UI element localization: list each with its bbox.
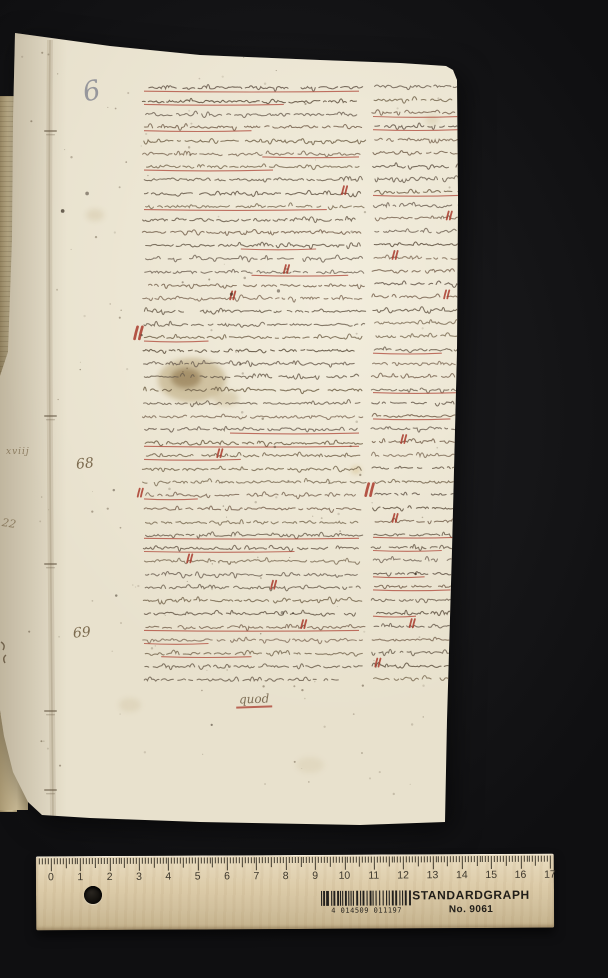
ruler-tick (271, 857, 272, 867)
ruler-tick (444, 856, 445, 862)
ruler-tick (318, 857, 319, 863)
ruler-tick (482, 856, 483, 862)
ruler-tick (157, 858, 158, 864)
ruler-number-4: 4 (157, 871, 179, 883)
ruler-tick (274, 857, 275, 863)
ruler-model-number: No. 9061 (406, 904, 536, 916)
ruler-tick (80, 858, 81, 871)
ruler-tick (115, 858, 116, 864)
ruler-tick (550, 856, 551, 869)
ruler-tick (133, 858, 134, 864)
ruler-tick (300, 857, 301, 867)
ruler-tick (509, 856, 510, 862)
ruler-number-6: 6 (216, 870, 238, 882)
ruler-tick (415, 856, 416, 862)
ruler-tick (512, 856, 513, 862)
ruler-tick (374, 857, 375, 870)
ruler-tick (292, 857, 293, 863)
ruler-tick (142, 858, 143, 864)
ruler-brand-name: STANDARDGRAPH (406, 888, 536, 903)
ruler-tick (283, 857, 284, 863)
ruler-tick (541, 856, 542, 862)
ruler-tick (388, 857, 389, 867)
ruler-tick (74, 858, 75, 864)
ruler-number-17: 17 (539, 869, 561, 881)
ruler-number-11: 11 (363, 870, 385, 882)
ruler-tick (476, 856, 477, 866)
ruler-tick (383, 857, 384, 863)
ruler-tick (397, 856, 398, 862)
ruler-tick (400, 856, 401, 862)
ruler-tick (312, 857, 313, 863)
ruler-tick (418, 856, 419, 866)
ruler-tick (500, 856, 501, 862)
ruler-tick (297, 857, 298, 863)
ruler-tick (359, 857, 360, 867)
ruler-tick (242, 857, 243, 867)
ruler-tick (71, 858, 72, 864)
ruler-tick (218, 857, 219, 863)
ruler-tick (233, 857, 234, 863)
ruler-tick (503, 856, 504, 862)
ruler-tick (529, 856, 530, 862)
ruler-tick (520, 856, 521, 869)
ruler-tick (51, 858, 52, 871)
ruler-tick (394, 856, 395, 862)
ruler-tick (459, 856, 460, 862)
ruler-tick (473, 856, 474, 862)
ruler-tick (441, 856, 442, 862)
ruler-tick (127, 858, 128, 864)
ruler-tick (118, 858, 119, 864)
ruler-tick (107, 858, 108, 864)
ruler-tick (159, 858, 160, 864)
ruler-tick (535, 856, 536, 866)
ruler-tick (362, 857, 363, 863)
ruler-tick (112, 858, 113, 864)
ruler-tick (306, 857, 307, 863)
margin-quire-signature: xviij (6, 448, 30, 457)
ruler-tick (438, 856, 439, 862)
ruler-tick (268, 857, 269, 863)
ruler-tick (456, 856, 457, 862)
ruler-tick (148, 858, 149, 864)
ruler-tick (385, 857, 386, 863)
ruler-tick (86, 858, 87, 864)
ruler-tick (327, 857, 328, 863)
ruler-tick (350, 857, 351, 863)
margin-number-69: 69 (73, 625, 92, 640)
ruler-tick (371, 857, 372, 863)
manuscript-ink-art (0, 0, 608, 978)
ruler-tick (245, 857, 246, 863)
ruler-tick (215, 857, 216, 863)
barcode-bars (319, 890, 414, 906)
ruler-tick (406, 856, 407, 862)
ruler-tick (479, 856, 480, 862)
ruler-tick (336, 857, 337, 863)
ruler-tick (39, 858, 40, 864)
ruler-tick (424, 856, 425, 862)
ruler-tick (262, 857, 263, 863)
margin-number-22: 22 (1, 517, 17, 530)
ruler-tick (121, 858, 122, 864)
ruler-tick (227, 857, 228, 870)
ruler-tick (303, 857, 304, 863)
ruler-tick (124, 858, 125, 868)
ruler-tick (42, 858, 43, 864)
ruler-tick (277, 857, 278, 863)
ruler-tick (462, 856, 463, 869)
ruler-tick (224, 857, 225, 863)
ruler-tick (247, 857, 248, 863)
ruler-tick (236, 857, 237, 863)
ruler-tick (341, 857, 342, 863)
ruler-tick (98, 858, 99, 864)
margin-number-68: 68 (75, 456, 94, 472)
ruler-tick (421, 856, 422, 862)
ruler-tick (198, 858, 199, 871)
ruler-tick (151, 858, 152, 864)
ruler-tick (212, 857, 213, 867)
ruler-tick (256, 857, 257, 870)
ruler-tick (338, 857, 339, 863)
ruler-tick (145, 858, 146, 864)
ruler-tick (253, 857, 254, 863)
ruler-tick (286, 857, 287, 870)
ruler-tick (177, 858, 178, 864)
ruler-tick (368, 857, 369, 863)
ruler-tick (403, 856, 404, 869)
ruler-tick (165, 858, 166, 864)
ruler-number-12: 12 (392, 869, 414, 881)
ruler-tick (547, 856, 548, 862)
ruler-tick (139, 858, 140, 871)
ruler-tick (239, 857, 240, 863)
ruler-tick (324, 857, 325, 863)
ruler-tick (45, 858, 46, 864)
ruler-tick (130, 858, 131, 864)
ruler-tick (110, 858, 111, 871)
ruler-tick (356, 857, 357, 863)
manuscript-page-wrap: 6 xviij 68 22 69 quod (0, 0, 608, 978)
ruler-tick (412, 856, 413, 862)
ruler-tick (485, 856, 486, 862)
ruler-tick (289, 857, 290, 863)
ruler-tick (544, 856, 545, 862)
ruler-tick (365, 857, 366, 863)
manuscript-page: 6 xviij 68 22 69 quod (0, 0, 608, 978)
ruler-number-0: 0 (40, 871, 62, 883)
ruler-tick (435, 856, 436, 862)
ruler-tick (136, 858, 137, 864)
ruler-tick (201, 857, 202, 863)
ruler-number-2: 2 (99, 871, 121, 883)
ruler-tick (518, 856, 519, 862)
ruler-tick (186, 858, 187, 864)
ruler-tick (66, 858, 67, 868)
ruler-tick (92, 858, 93, 864)
ruler-tick (497, 856, 498, 862)
ruler-tick (468, 856, 469, 862)
ruler-tick (168, 858, 169, 871)
ruler-tick (294, 857, 295, 863)
ruler-tick (203, 857, 204, 863)
ruler-tick (101, 858, 102, 864)
ruler-tick (450, 856, 451, 862)
ruler-tick (429, 856, 430, 862)
ruler-number-15: 15 (480, 869, 502, 881)
ruler-tick (391, 856, 392, 862)
ruler-tick (174, 858, 175, 864)
ruler-tick (89, 858, 90, 864)
ruler-tick (347, 857, 348, 863)
ruler-brand-block: STANDARDGRAPH No. 9061 (406, 888, 536, 916)
ruler-tick (95, 858, 96, 868)
ruler-tick (330, 857, 331, 867)
ruler-tick (68, 858, 69, 864)
ruler-tick (344, 857, 345, 870)
ruler-number-16: 16 (509, 869, 531, 881)
ruler-tick (48, 858, 49, 864)
ruler-tick (380, 857, 381, 863)
ruler-tick (353, 857, 354, 863)
ruler-number-7: 7 (245, 870, 267, 882)
ruler-tick (523, 856, 524, 862)
ruler-tick (315, 857, 316, 870)
ruler-tick (447, 856, 448, 866)
ruler-tick (465, 856, 466, 862)
ruler-tick (309, 857, 310, 863)
ruler-tick (333, 857, 334, 863)
catchword: quod (236, 692, 273, 708)
ruler-tick (209, 857, 210, 863)
ruler-tick (230, 857, 231, 863)
ruler-tick (83, 858, 84, 864)
ruler-number-14: 14 (451, 869, 473, 881)
ruler-number-9: 9 (304, 870, 326, 882)
ruler-tick (494, 856, 495, 862)
ruler-tick (526, 856, 527, 862)
ruler-tick (506, 856, 507, 866)
ruler-tick (57, 858, 58, 864)
ruler-hole (84, 886, 102, 904)
ruler-tick (259, 857, 260, 863)
ruler-tick (162, 858, 163, 864)
photo-background: 6 xviij 68 22 69 quod 012345678910111213… (0, 0, 608, 978)
ruler-number-1: 1 (69, 871, 91, 883)
ruler-tick (104, 858, 105, 864)
ruler-tick (532, 856, 533, 862)
ruler-tick (453, 856, 454, 862)
ruler-number-3: 3 (128, 871, 150, 883)
ruler-tick (432, 856, 433, 869)
barcode: 4 014509 011197 (319, 890, 414, 916)
ruler-tick (427, 856, 428, 862)
ruler-tick (183, 858, 184, 868)
ruler-tick (250, 857, 251, 863)
ruler-tick (491, 856, 492, 869)
ruler-tick (63, 858, 64, 864)
ruler-tick (192, 858, 193, 864)
ruler-tick (180, 858, 181, 864)
ruler-tick (265, 857, 266, 863)
ruler-number-10: 10 (333, 870, 355, 882)
ruler-tick (471, 856, 472, 862)
ruler-tick (409, 856, 410, 862)
ruler-tick (195, 858, 196, 864)
barcode-digits: 4 014509 011197 (315, 906, 418, 915)
ruler-tick (488, 856, 489, 862)
ruler-tick (321, 857, 322, 863)
ruler-number-5: 5 (187, 870, 209, 882)
ruler-tick (377, 857, 378, 863)
ruler-tick (221, 857, 222, 863)
ruler-tick (206, 857, 207, 863)
ruler-tick (538, 856, 539, 862)
ruler-tick (515, 856, 516, 862)
ruler-tick (171, 858, 172, 864)
ruler-tick (54, 858, 55, 864)
ruler-tick (280, 857, 281, 863)
ruler-number-8: 8 (275, 870, 297, 882)
ruler-tick (154, 858, 155, 868)
ruler-tick (189, 858, 190, 864)
ruler-tick (77, 858, 78, 864)
ruler-number-13: 13 (421, 869, 443, 881)
ruler: 01234567891011121314151617 4 014509 0111… (36, 854, 554, 931)
ruler-tick (60, 858, 61, 864)
